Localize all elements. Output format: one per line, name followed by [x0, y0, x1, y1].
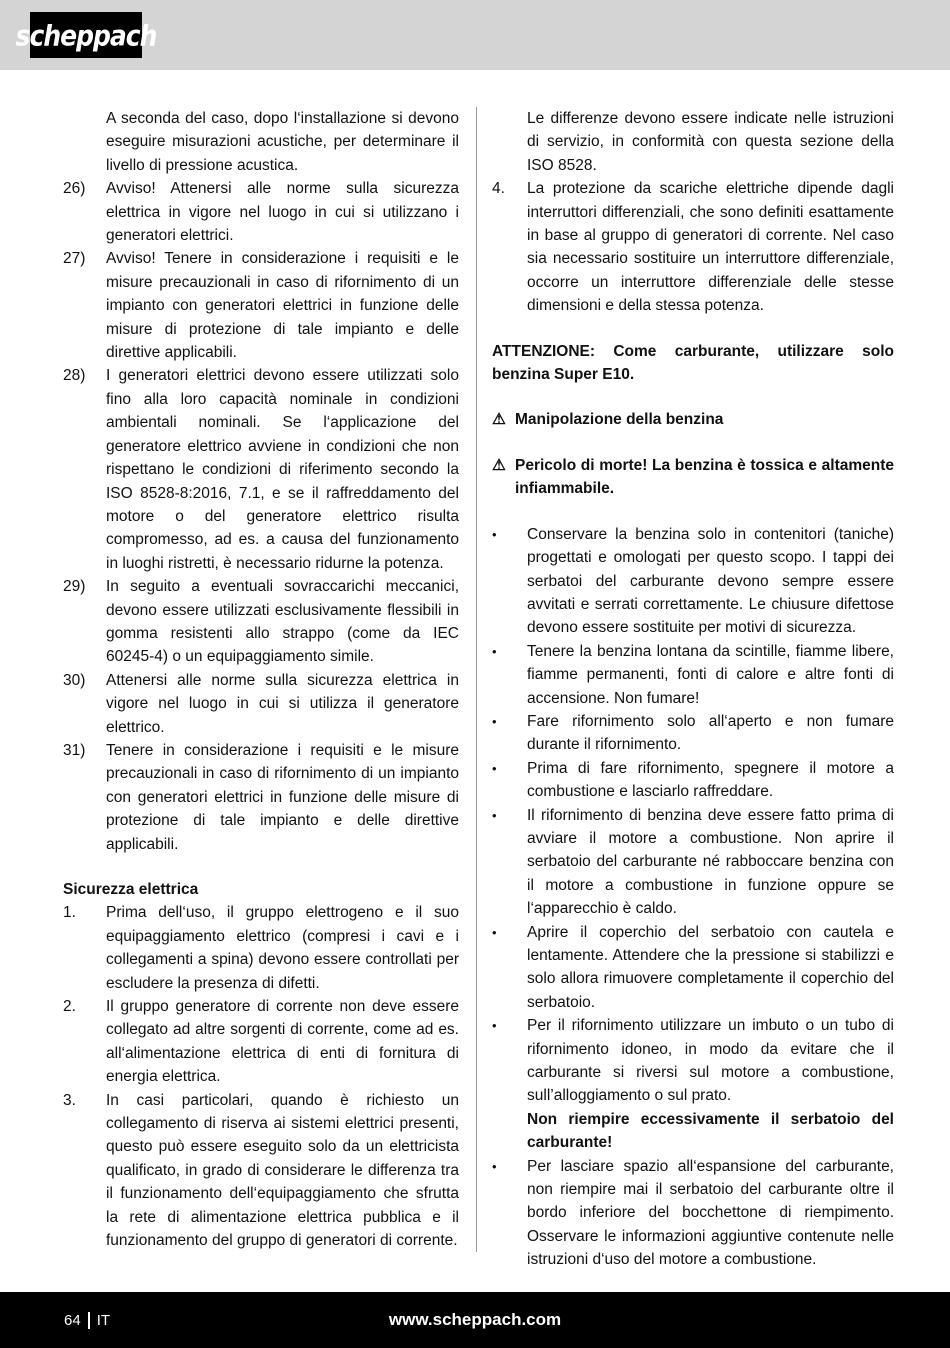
footer-page-label: 64 IT — [64, 1312, 110, 1329]
page-number: 64 — [64, 1312, 81, 1329]
item-number: 2. — [63, 995, 106, 1089]
bullet-item: •Fare rifornimento solo all‘aperto e non… — [492, 710, 894, 757]
item-text: A seconda del caso, dopo l‘installazione… — [106, 107, 459, 177]
bullet-marker — [492, 1108, 527, 1155]
item-text: Prima di fare rifornimento, spegnere il … — [527, 757, 894, 804]
section-heading: Sicurezza elettrica — [63, 878, 459, 901]
item-text: Per lasciare spazio all‘espansione del c… — [527, 1155, 894, 1272]
bullet-item: Non riempire eccessivamente il serbatoio… — [492, 1108, 894, 1155]
bullet-item: •Tenere la benzina lontana da scintille,… — [492, 640, 894, 710]
logo-text: scheppach — [16, 18, 157, 51]
item-text: Prima dell‘uso, il gruppo elettrogeno e … — [106, 901, 459, 995]
numbered-item: 2.Il gruppo generatore di corrente non d… — [63, 995, 459, 1089]
scheppach-logo: scheppach — [30, 12, 142, 58]
warning-row: ⚠Pericolo di morte! La benzina è tossica… — [492, 454, 894, 501]
item-text: Per il rifornimento utilizzare un imbuto… — [527, 1014, 894, 1108]
item-text: Il gruppo generatore di corrente non dev… — [106, 995, 459, 1089]
item-text: La protezione da scariche elettriche dip… — [527, 177, 894, 317]
item-text: Il rifornimento di benzina deve essere f… — [527, 804, 894, 921]
item-number — [492, 107, 527, 177]
item-text: Avviso! Tenere in considerazione i requi… — [106, 247, 459, 364]
bullet-item: •Conservare la benzina solo in contenito… — [492, 523, 894, 640]
item-number: 1. — [63, 901, 106, 995]
bullet-marker: • — [492, 757, 527, 804]
item-number: 30) — [63, 669, 106, 739]
numbered-item: 27)Avviso! Tenere in considerazione i re… — [63, 247, 459, 364]
numbered-item: 29)In seguito a eventuali sovraccarichi … — [63, 575, 459, 669]
paragraph-gap — [492, 432, 894, 454]
paragraph-gap — [492, 386, 894, 408]
manual-page: scheppach A seconda del caso, dopo l‘ins… — [0, 0, 950, 1348]
website-url: www.scheppach.com — [0, 1310, 950, 1330]
bullet-marker: • — [492, 710, 527, 757]
item-text: I generatori elettrici devono essere uti… — [106, 364, 459, 575]
bullet-marker: • — [492, 1014, 527, 1108]
numbered-item: 31)Tenere in considerazione i requisiti … — [63, 739, 459, 856]
bullet-marker: • — [492, 921, 527, 1015]
paragraph-gap — [492, 501, 894, 523]
numbered-item: 3.In casi particolari, quando è richiest… — [63, 1089, 459, 1253]
numbered-item: 1.Prima dell‘uso, il gruppo elettrogeno … — [63, 901, 459, 995]
bullet-item: •Aprire il coperchio del serbatoio con c… — [492, 921, 894, 1015]
numbered-item: Le differenze devono essere indicate nel… — [492, 107, 894, 177]
item-number: 28) — [63, 364, 106, 575]
item-text: Conservare la benzina solo in contenitor… — [527, 523, 894, 640]
numbered-item: 28)I generatori elettrici devono essere … — [63, 364, 459, 575]
item-number — [63, 107, 106, 177]
item-text: Tenere in considerazione i requisiti e l… — [106, 739, 459, 856]
item-text: Fare rifornimento solo all‘aperto e non … — [527, 710, 894, 757]
numbered-item: 4.La protezione da scariche elettriche d… — [492, 177, 894, 317]
item-number: 27) — [63, 247, 106, 364]
item-text: Avviso! Attenersi alle norme sulla sicur… — [106, 177, 459, 247]
warning-icon: ⚠ — [492, 408, 515, 431]
attention-paragraph: ATTENZIONE: Come carburante, utilizzare … — [492, 340, 894, 387]
item-text: In casi particolari, quando è richiesto … — [106, 1089, 459, 1253]
item-text: Aprire il coperchio del serbatoio con ca… — [527, 921, 894, 1015]
warning-row: ⚠Manipolazione della benzina — [492, 408, 894, 431]
numbered-item: 26)Avviso! Attenersi alle norme sulla si… — [63, 177, 459, 247]
header-band: scheppach — [0, 0, 950, 70]
bullet-item: •Per lasciare spazio all‘espansione del … — [492, 1155, 894, 1272]
numbered-item: 30)Attenersi alle norme sulla sicurezza … — [63, 669, 459, 739]
item-text: Pericolo di morte! La benzina è tossica … — [515, 454, 894, 501]
footer-band: 64 IT www.scheppach.com — [0, 1292, 950, 1348]
item-number: 26) — [63, 177, 106, 247]
item-number: 31) — [63, 739, 106, 856]
bullet-marker: • — [492, 640, 527, 710]
item-number: 4. — [492, 177, 527, 317]
bullet-marker: • — [492, 804, 527, 921]
item-text: In seguito a eventuali sovraccarichi mec… — [106, 575, 459, 669]
item-text: Tenere la benzina lontana da scintille, … — [527, 640, 894, 710]
warning-icon: ⚠ — [492, 454, 515, 501]
right-column: Le differenze devono essere indicate nel… — [492, 107, 894, 1272]
bullet-item: •Prima di fare rifornimento, spegnere il… — [492, 757, 894, 804]
bullet-item: •Per il rifornimento utilizzare un imbut… — [492, 1014, 894, 1108]
paragraph-gap — [63, 856, 459, 878]
left-column: A seconda del caso, dopo l‘installazione… — [63, 107, 459, 1253]
item-text: Non riempire eccessivamente il serbatoio… — [527, 1108, 894, 1155]
item-text: Le differenze devono essere indicate nel… — [527, 107, 894, 177]
item-number: 3. — [63, 1089, 106, 1253]
bullet-item: •Il rifornimento di benzina deve essere … — [492, 804, 894, 921]
paragraph-gap — [492, 318, 894, 340]
numbered-item: A seconda del caso, dopo l‘installazione… — [63, 107, 459, 177]
language-code: IT — [97, 1312, 110, 1329]
item-number: 29) — [63, 575, 106, 669]
bullet-marker: • — [492, 1155, 527, 1272]
item-text: Manipolazione della benzina — [515, 408, 894, 431]
item-text: Attenersi alle norme sulla sicurezza ele… — [106, 669, 459, 739]
bullet-marker: • — [492, 523, 527, 640]
footer-separator — [88, 1312, 90, 1329]
column-divider — [476, 107, 477, 1252]
